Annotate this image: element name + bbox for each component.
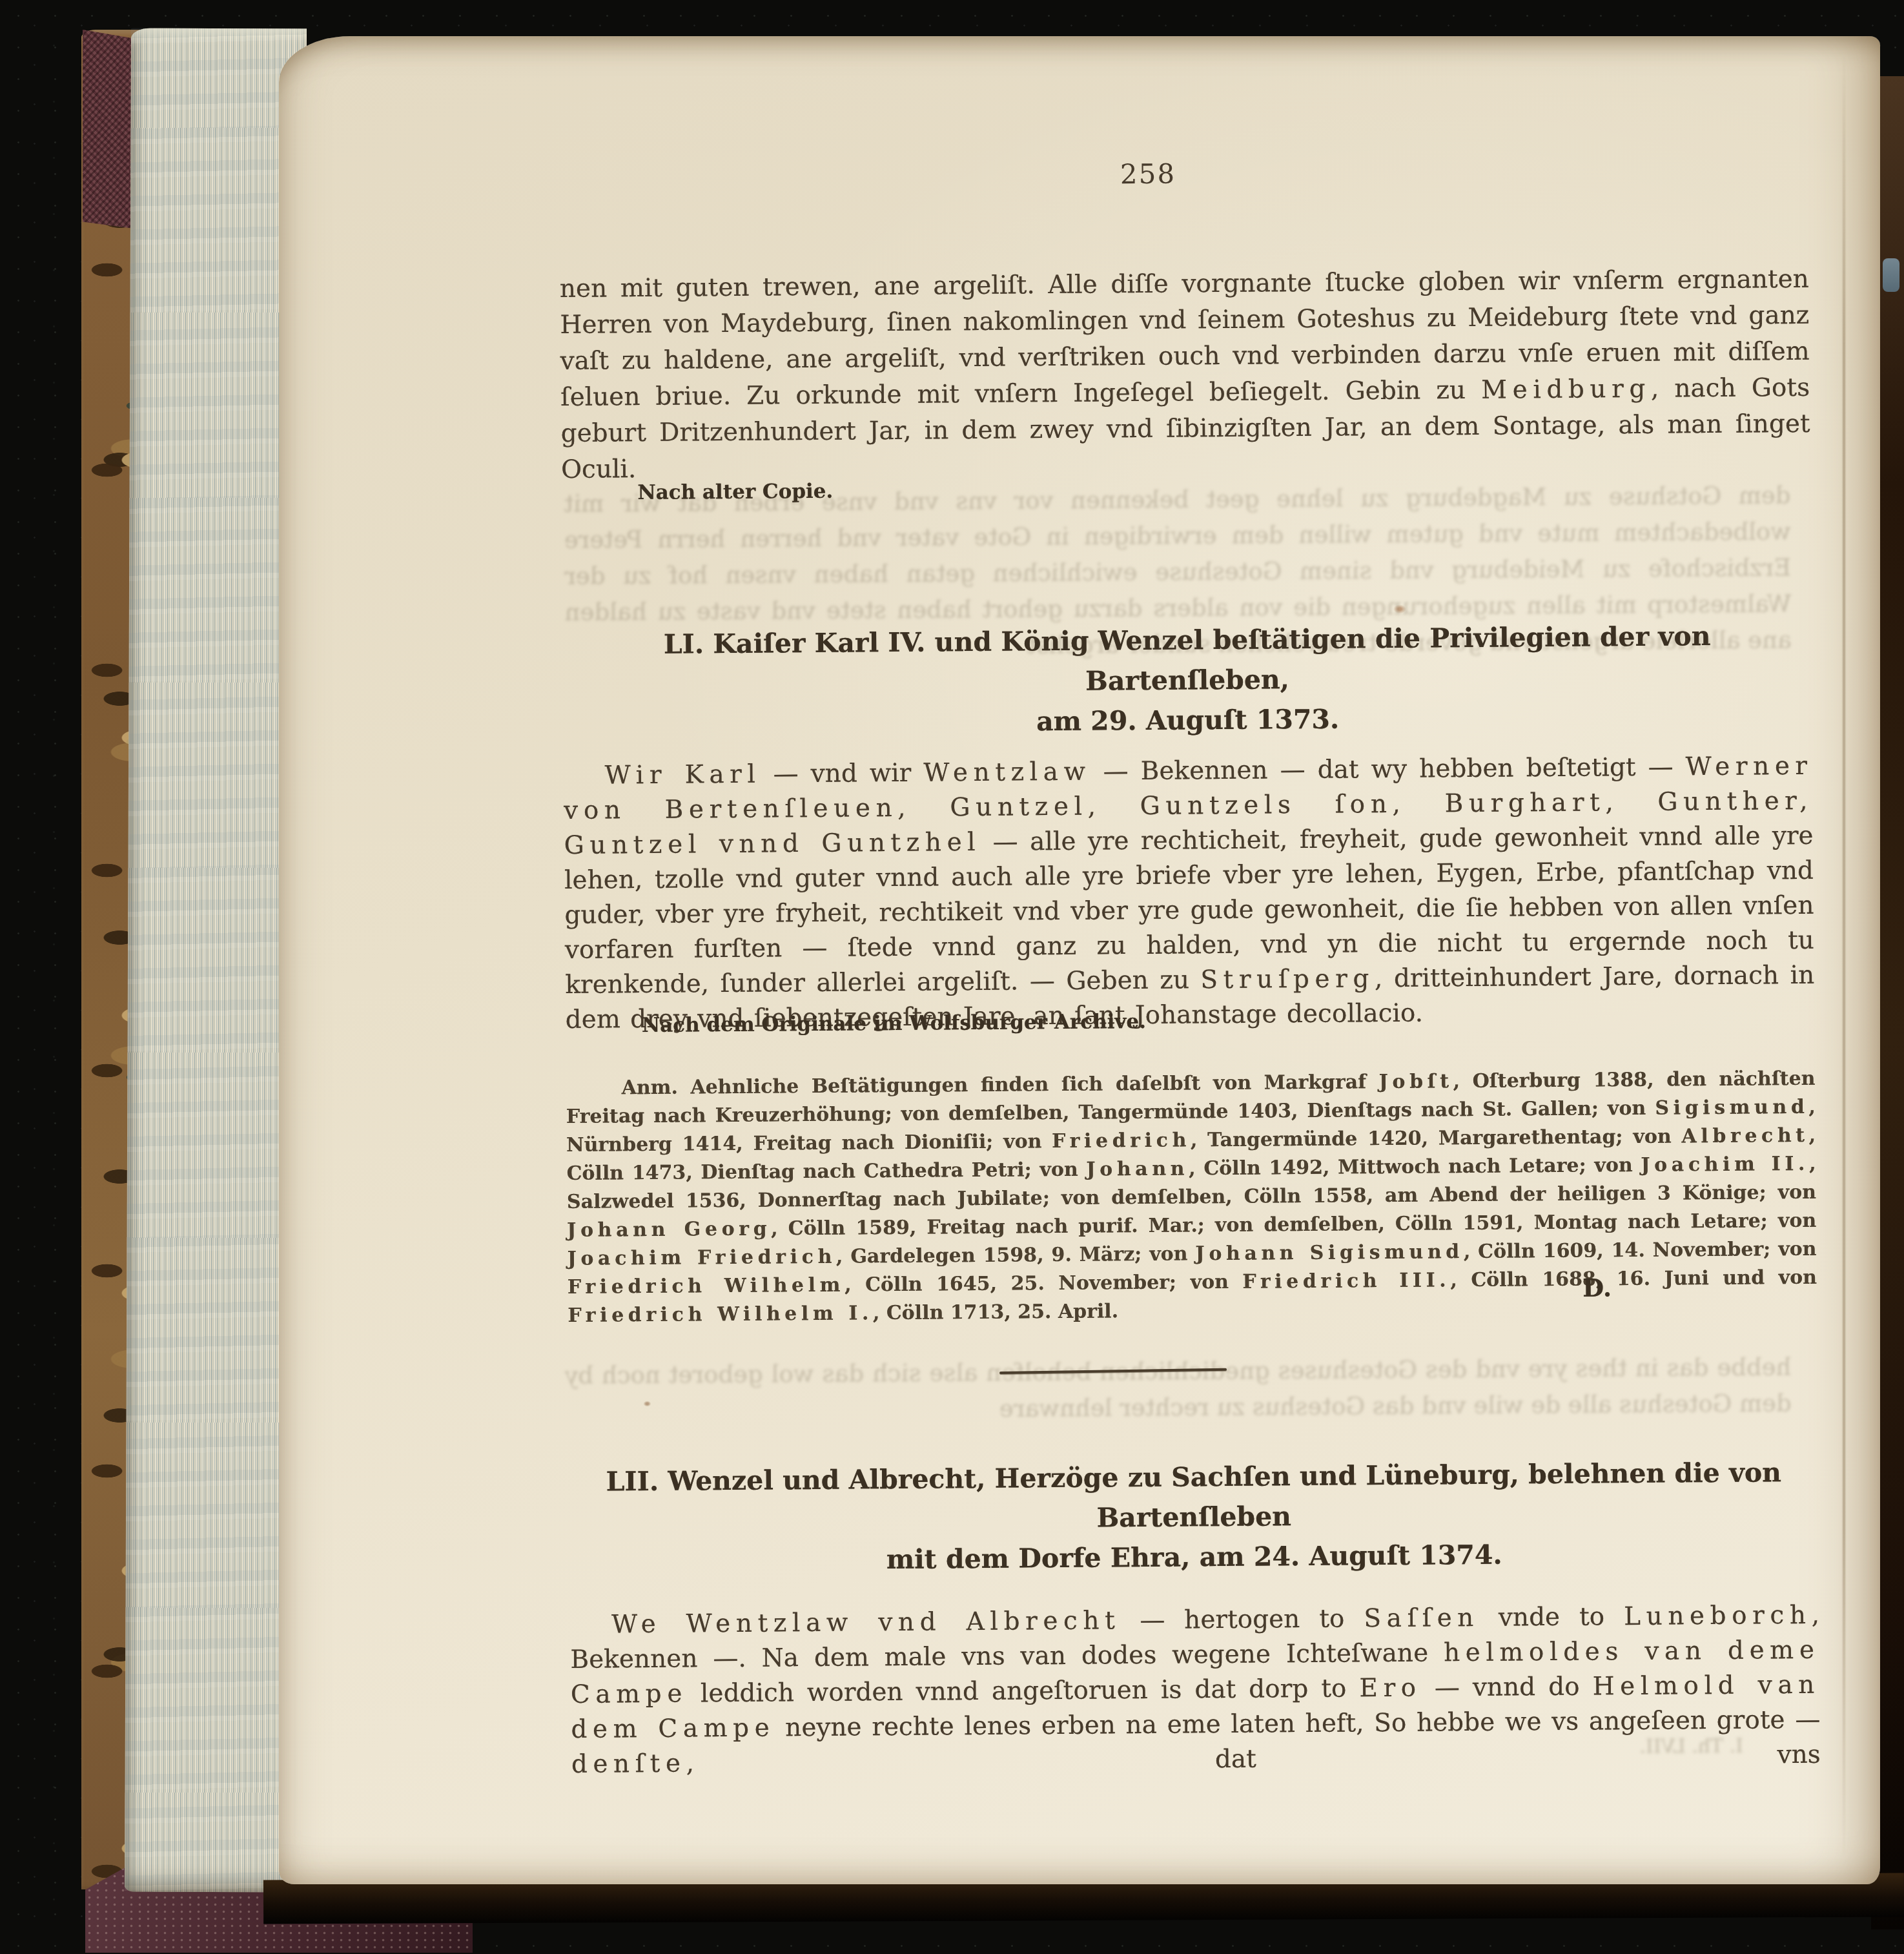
book-page: dem Gotshuse zu Magdeburg zu lehne geet …: [279, 36, 1880, 1884]
section-divider-rule: [999, 1368, 1227, 1374]
section-lii-body: We Wentzlaw vnd Albrecht — hertogen to S…: [570, 1598, 1821, 1782]
page-crease: [1843, 56, 1845, 1857]
section-lii-heading-line1: LII. Wenzel und Albrecht, Herzöge zu Sac…: [569, 1452, 1819, 1542]
section-li-heading: LI. Kaiſer Karl IV. und König Wenzel beſ…: [562, 615, 1812, 745]
section-li-heading-line1: LI. Kaiſer Karl IV. und König Wenzel beſ…: [562, 615, 1812, 705]
text-column: 258 nen mit guten trewen, ane argeliſt. …: [558, 26, 1821, 1883]
intro-paragraph: nen mit guten trewen, ane argeliſt. Alle…: [560, 262, 1811, 488]
page-number: 258: [523, 153, 1772, 194]
section-lii-heading: LII. Wenzel und Albrecht, Herzöge zu Sac…: [569, 1452, 1819, 1582]
book-scan-photo: dem Gotshuse zu Magdeburg zu lehne geet …: [0, 0, 1904, 1954]
section-li-body: Wir Karl — vnd wir Wentzlaw — Bekennen —…: [564, 749, 1815, 1038]
binding-fabric-fragment: [1883, 258, 1899, 292]
